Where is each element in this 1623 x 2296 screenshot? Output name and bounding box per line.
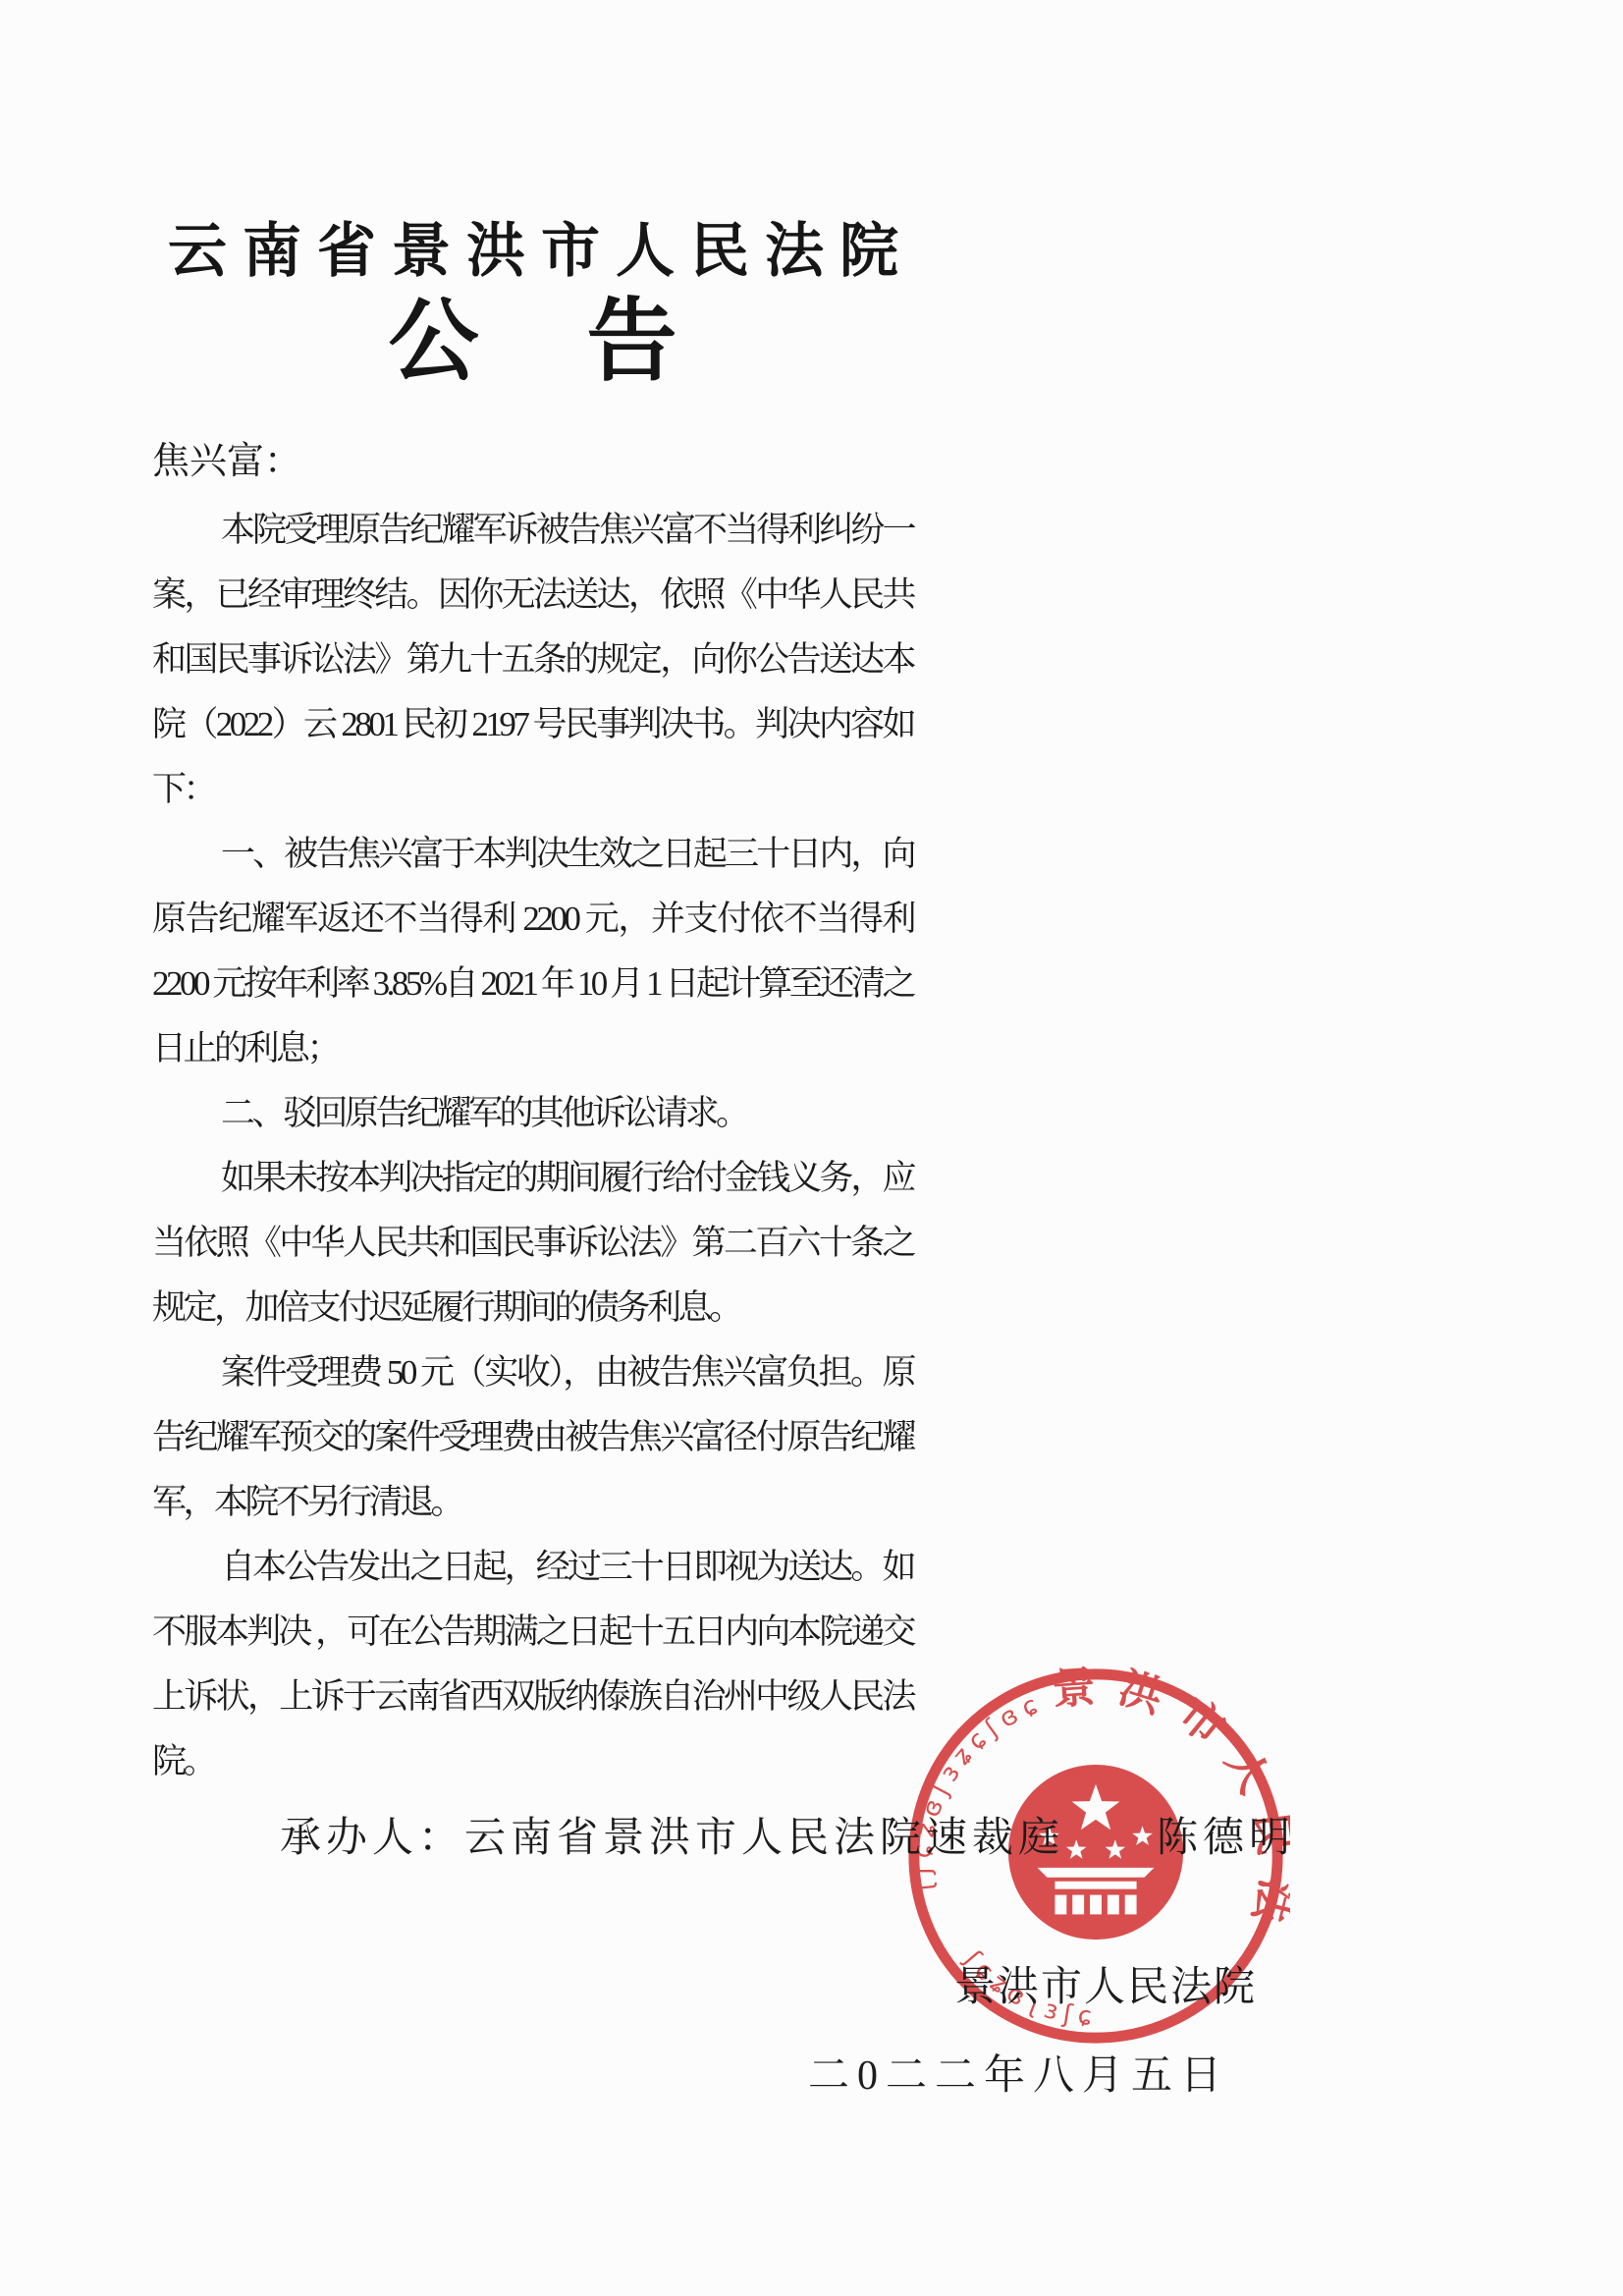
- paragraph-service-and-appeal: 自本公告发出之日起，经过三十日即视为送达。如不服本判决 ，可在公告期满之日起十五…: [152, 1535, 913, 1794]
- doc-title: 公告: [152, 291, 913, 395]
- announcement-page: 云南省景洪市人民法院 公告 焦兴富： 本院受理原告纪耀军诉被告焦兴富不当得利纠纷…: [0, 0, 1623, 2296]
- court-title: 云南省景洪市人民法院: [152, 204, 913, 289]
- signature-date: 二0二二年八月五日: [808, 2043, 1229, 2102]
- paragraph-judgment-item-1: 一、被告焦兴富于本判决生效之日起三十日内，向原告纪耀军返还不当得利 2200 元…: [152, 822, 913, 1081]
- signature-court-name: 景洪市人民法院: [954, 1954, 1257, 2013]
- paragraph-late-performance: 如果未按本判决指定的期间履行给付金钱义务，应当依照《中华人民共和国民事诉讼法》第…: [152, 1146, 913, 1340]
- addressee: 焦兴富：: [152, 440, 913, 485]
- announcement-body: 云南省景洪市人民法院 公告 焦兴富： 本院受理原告纪耀军诉被告焦兴富不当得利纠纷…: [152, 204, 913, 1794]
- handler-line: 承办人：云南省景洪市人民法院速裁庭 陈德明: [280, 1805, 1295, 1864]
- paragraph-judgment-item-2: 二、驳回原告纪耀军的其他诉讼请求。: [152, 1081, 913, 1146]
- paragraph-court-fees: 案件受理费 50 元（实收），由被告焦兴富负担。原告纪耀军预交的案件受理费由被告…: [152, 1340, 913, 1535]
- paragraph-case-summary: 本院受理原告纪耀军诉被告焦兴富不当得利纠纷一案，已经审理终结。因你无法送达，依照…: [152, 498, 913, 822]
